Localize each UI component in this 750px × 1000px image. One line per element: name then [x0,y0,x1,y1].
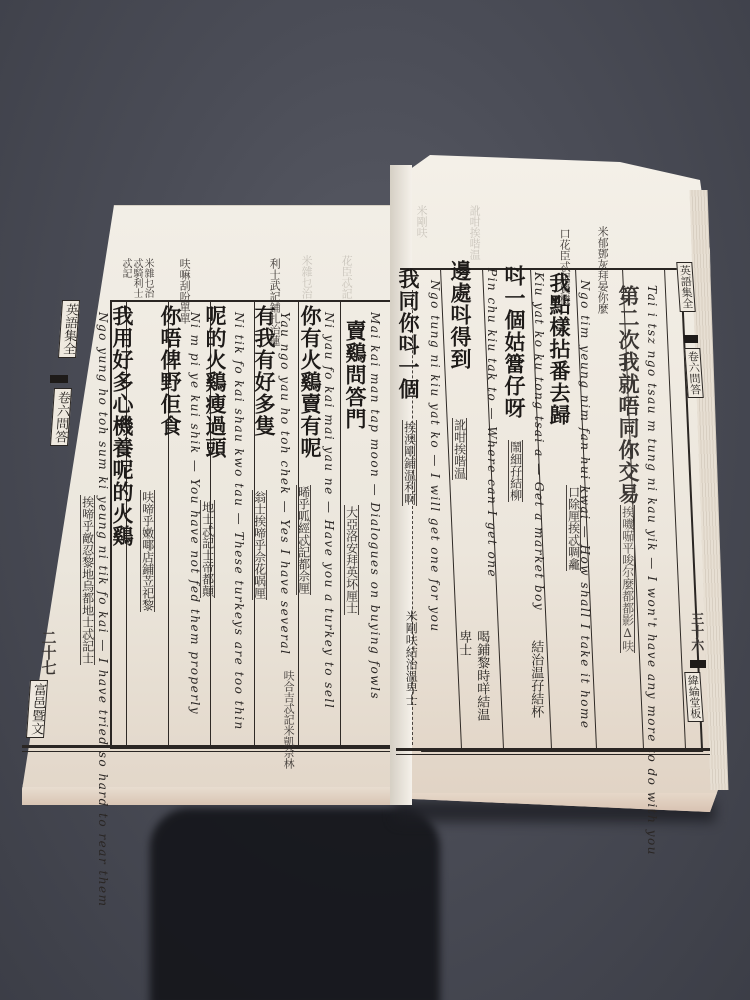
phrase-chinese: 賣鷄問答門 [345,320,366,430]
right-bottom-rule [396,748,710,751]
left-side-tab-marker [50,375,68,383]
phrase-chinese: 第二次我就唔同你交易 [618,285,639,505]
phrase-english: Mai kai man tap moon — Dialogues on buyi… [368,312,382,732]
phrase-chinese: 呢的火鷄瘦過頭 [205,305,226,459]
pronunciation-note: 地士忒記士帝都顛 [200,500,215,598]
pronunciation-note: 挨啼乎敵忍黎地烏都地士忒記士 [80,495,95,665]
book-shadow [150,808,440,1000]
photo-scene: 利士武記鋪扎治蓮 呋嘛刮吩單單 米雜乜治忒騎利士忒記 米雜乜治 花臣忒記 賣鷄問… [0,0,750,1000]
phrase-chinese: 有我有好多隻 [254,305,275,437]
pronunciation-note: 米剛呋結治温卑士 [404,610,417,706]
left-bottom-rule [22,745,390,748]
phrase-chinese: 呌一個姑簹仔呀 [504,265,525,419]
column-rule [664,270,686,750]
phrase-english: Ni m pi ye kui shik — You have not fed t… [188,312,202,732]
pronunciation-note: 大亞洛安拜英坏厘士 [344,505,359,615]
phrase-chinese: 你有火鷄賣有呢 [300,305,321,459]
pronunciation-note: 喝鋪黎時咩結温 [474,630,488,721]
bleedthrough-text: 米剛呋 [415,205,427,238]
phrase-chinese: 我點樣拈番去歸 [549,272,570,426]
pronunciation-note: 結治温孖結杯 [528,640,542,718]
phrase-english: Ngo tung ni kiu yat ko — I will get one … [428,280,442,740]
bleedthrough-text: 米雜乜治 [300,255,312,299]
phrase-chinese: 我同你呌一個 [398,268,419,400]
phrase-english: Tai i tsz ngo tsau m tung ni kau yik — I… [645,285,659,745]
pronunciation-note: 挨嘰𠸏平唆尔麼都都影∆呋 [620,505,635,653]
left-page-bottom-edge [22,787,394,805]
right-page-number: 三十六 [688,612,702,651]
column-rule [340,302,341,747]
pronunciation-note-top: 訛咁挨喈温 [452,418,467,480]
pronunciation-note-side: 卑士 [456,630,470,656]
right-side-tab-marker-lower [690,660,706,668]
right-bottom-rule-thin [396,754,710,755]
pronunciation-note: 口除厘挨忒啁龕 [566,485,581,571]
bleedthrough-text: 訛咁挨喈温 [468,205,480,260]
left-side-tab-title: 英語集全 [58,300,80,358]
pronunciation-note: 呋啼乎嫩㖿店鋪苙祀黎 [140,490,155,612]
left-side-tab-section: 卷六問答 [50,388,72,446]
pronunciation-note-top: 鬧細孖結柳 [508,440,523,502]
bleedthrough-text: 花臣忒記 [340,255,352,299]
left-bottom-rule-thin [22,751,390,752]
left-page-number: 二十七 [40,630,57,675]
phrase-chinese: 我用好多心機養呢的火鷄 [112,305,133,547]
phrase-english: Ni tik fo kai shau kwo tau — These turke… [232,312,246,732]
phrase-chinese: 你唔俾野佢食 [160,305,181,437]
phrase-chinese: 邊處呌得到 [450,260,471,370]
phrase-english: Yau ngo yau ho toh chek — Yes I have sev… [278,312,292,732]
pronunciation-note-top: 挨澳剛鋪温利啊 [402,420,417,506]
left-margin-note-3: 米雜乜治忒騎利士忒記 [120,258,153,298]
pronunciation-note: 晞乎呱經忒記都佘厘 [296,485,311,595]
pronunciation-note: 翁士挨啼乎佘花㖞厘 [252,490,267,600]
phrase-english: Ni yau fo kai mai yau ne — Have you a tu… [322,312,336,732]
phrase-english: Ngo yung ho toh sum ki yeung ni tik fo k… [96,312,110,732]
right-side-tab-marker [684,335,698,343]
